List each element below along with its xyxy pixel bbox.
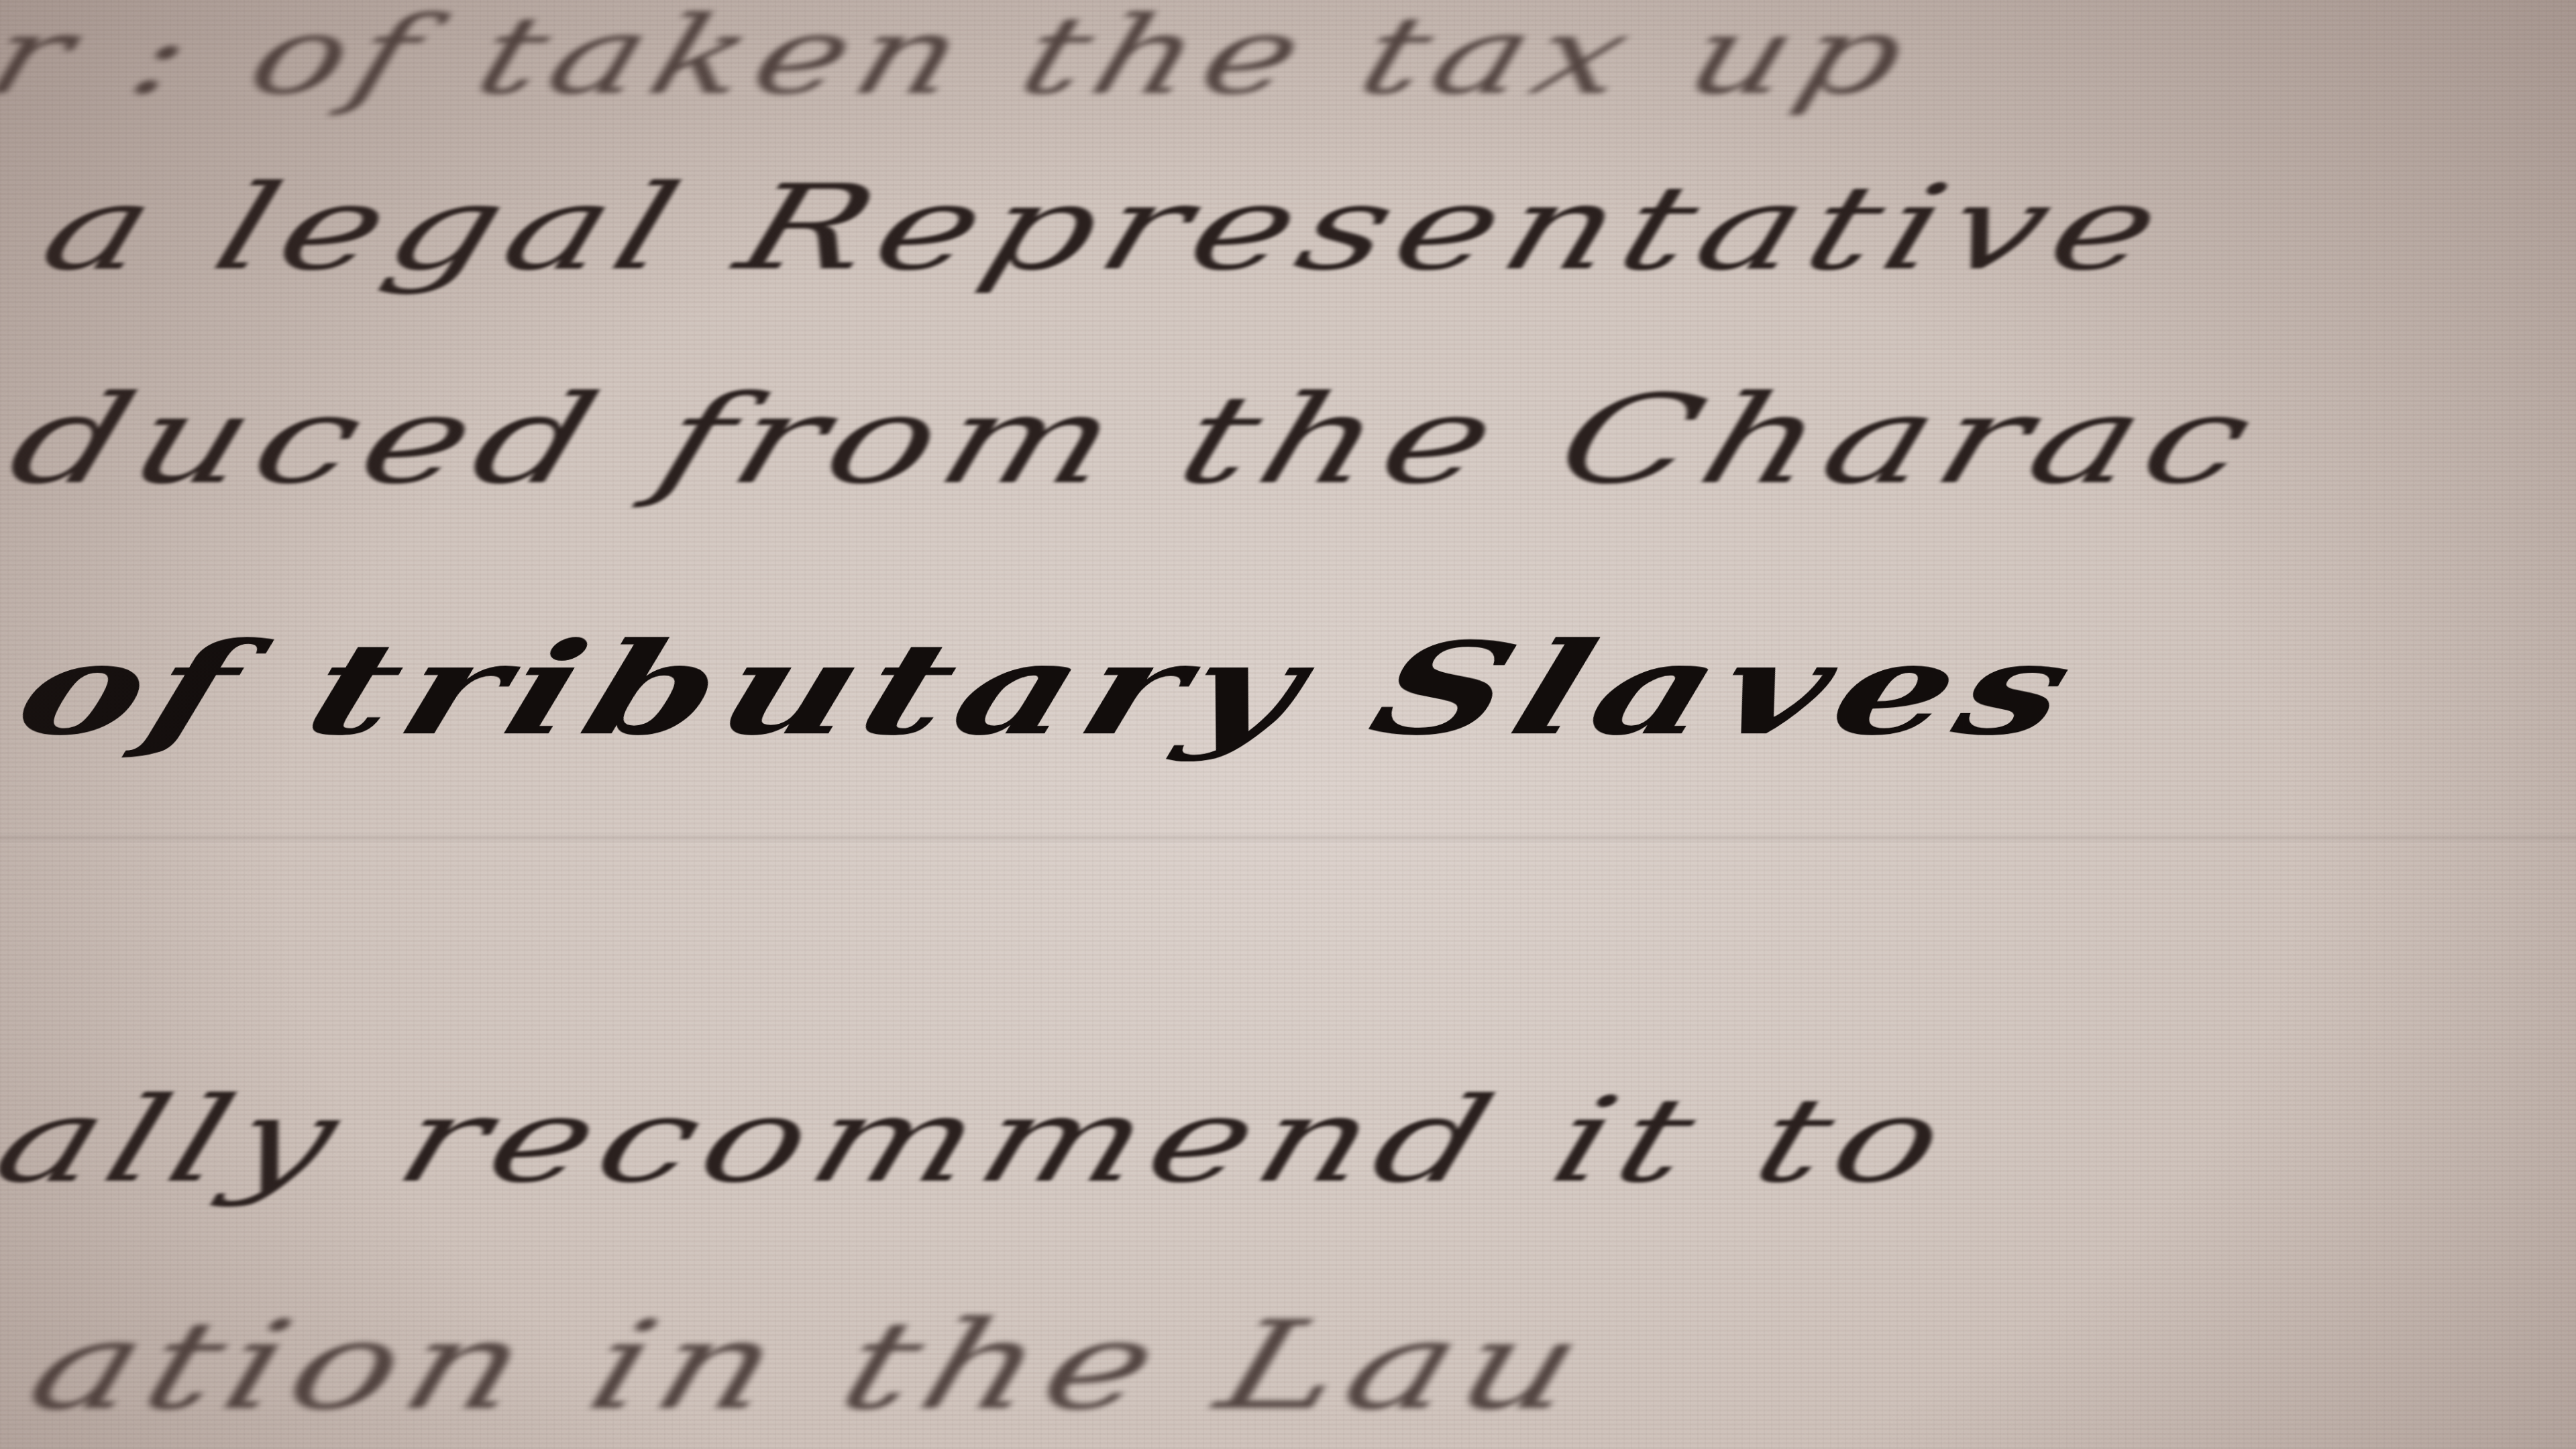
paper-fold: [0, 832, 2576, 844]
handwritten-line-4-focus: of tributary Slaves: [0, 614, 2099, 763]
manuscript-page: r : of taken the tax up a legal Represen…: [0, 0, 2576, 1449]
handwritten-line-5: ally recommend it to: [0, 1071, 1970, 1208]
handwritten-line-3: duced from the Charac: [0, 370, 2278, 511]
handwritten-line-1: r : of taken the tax up: [0, 0, 1930, 119]
handwritten-line-6: ation in the Lau: [13, 1295, 1609, 1437]
handwritten-line-2: a legal Representative: [27, 159, 2186, 296]
